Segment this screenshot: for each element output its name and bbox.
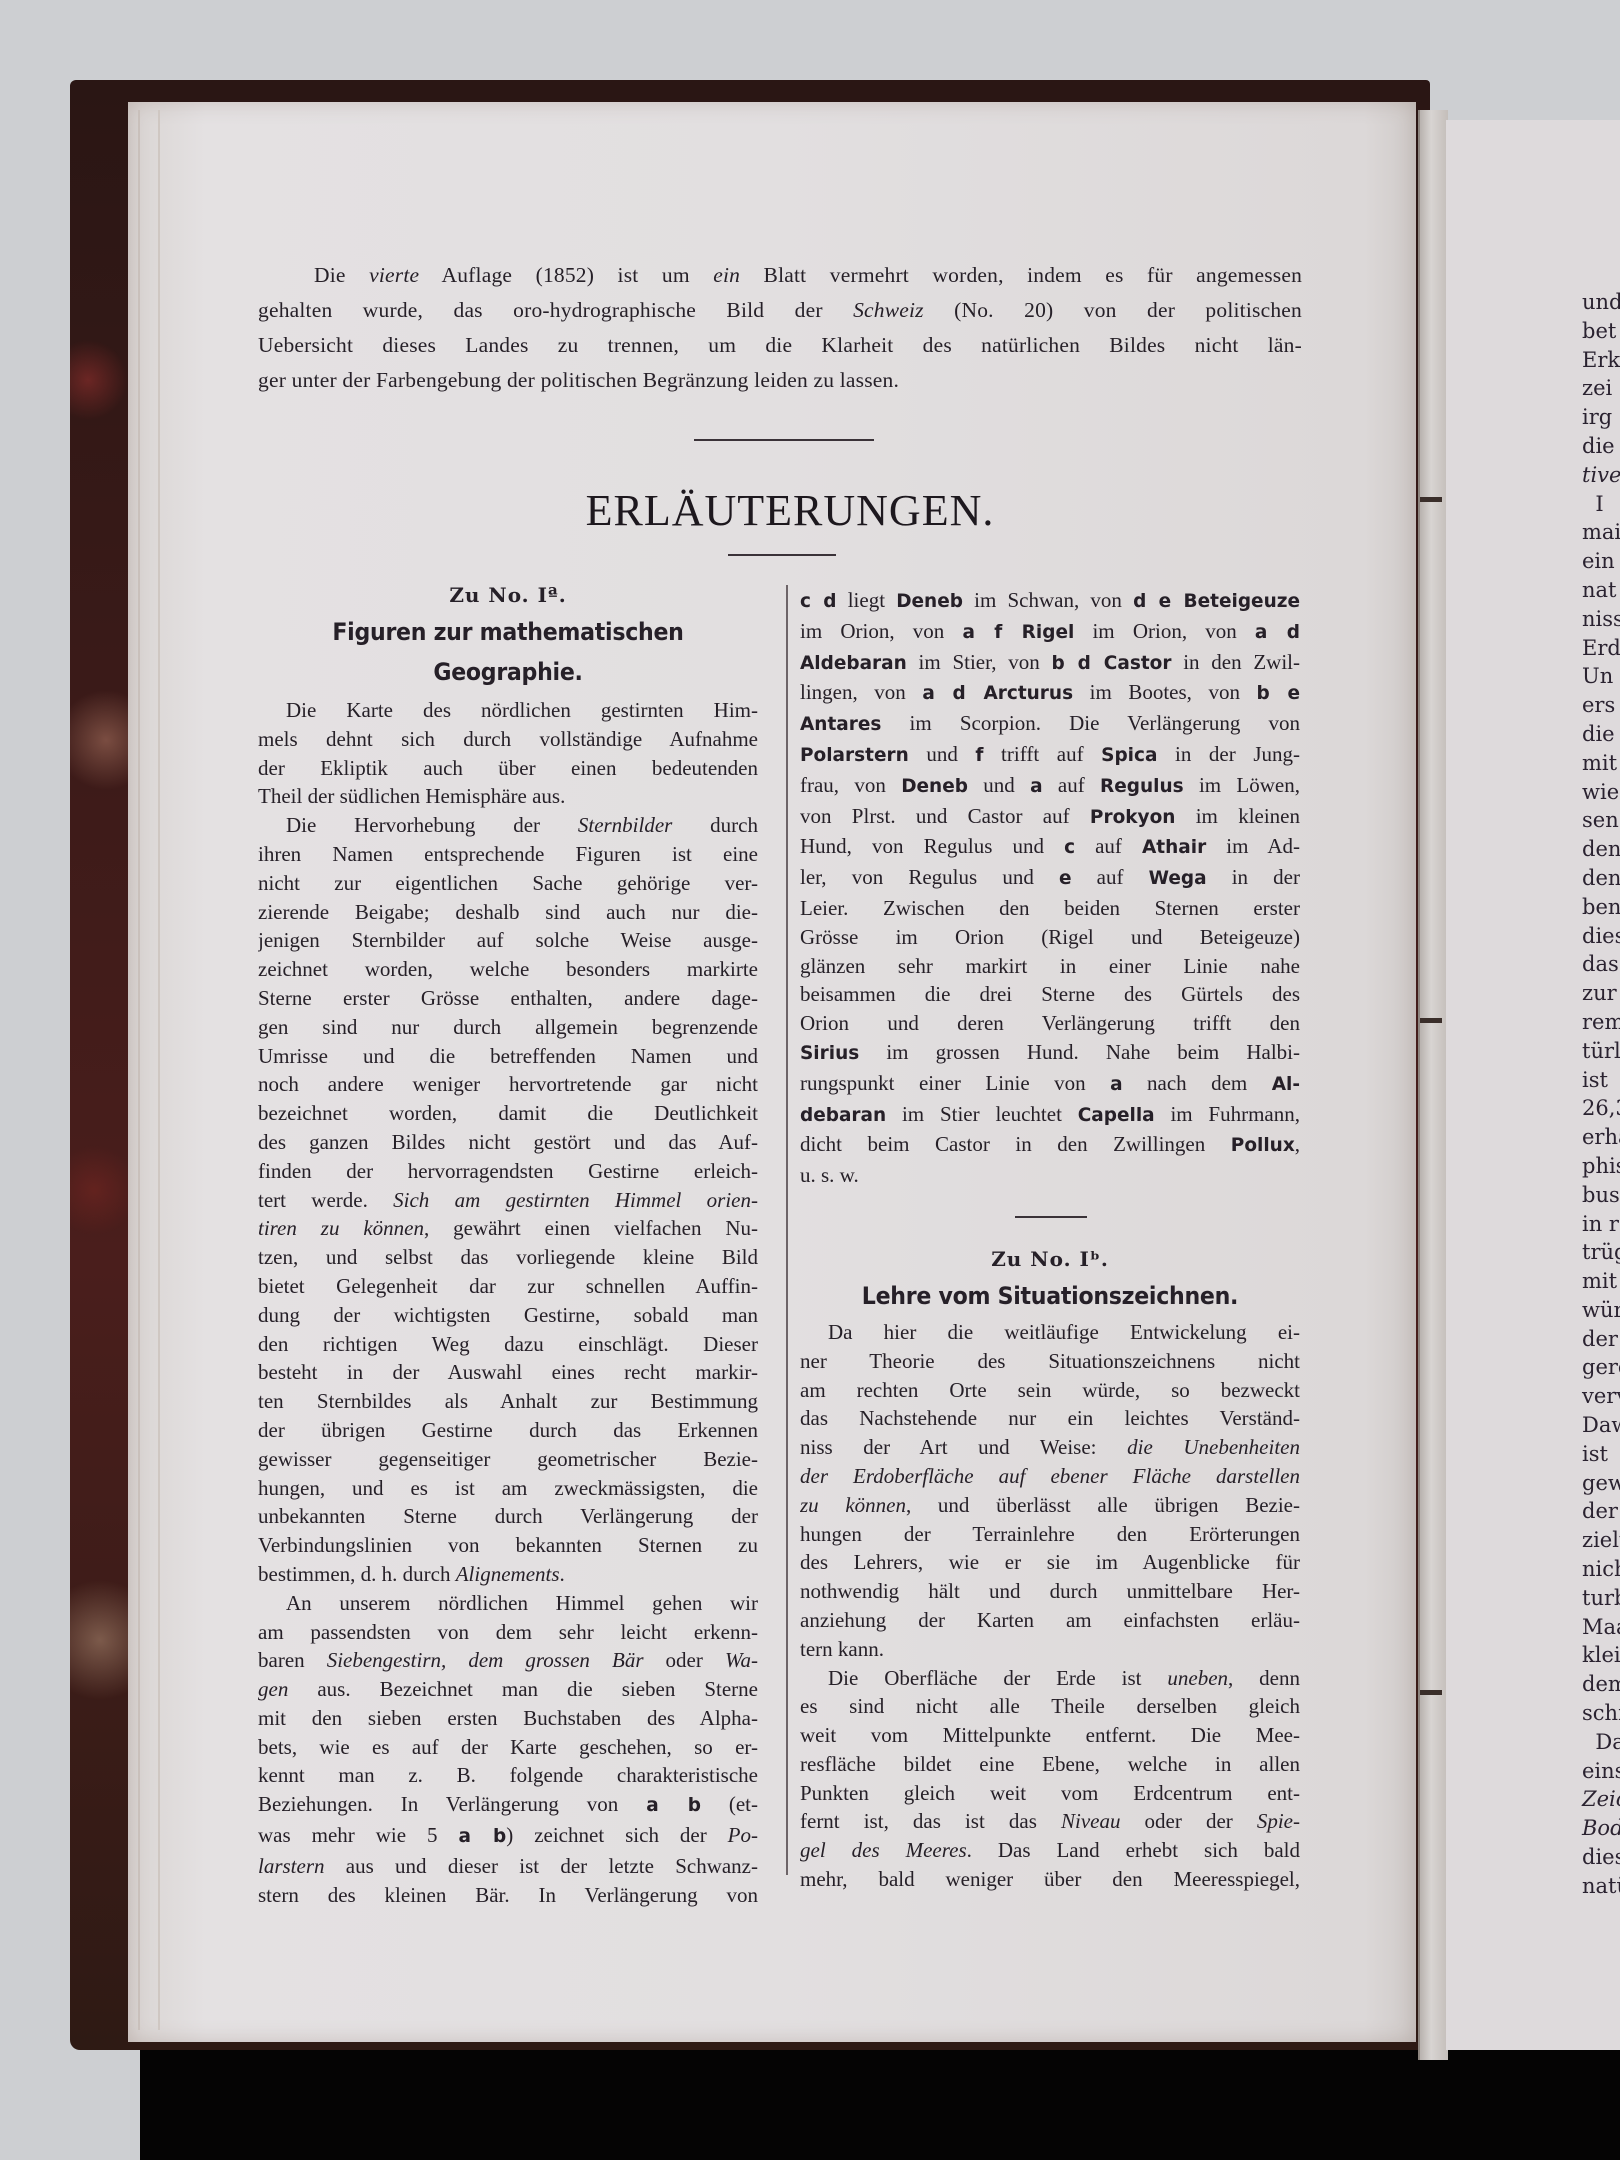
text-line: dicht beim Castor in den Zwillingen Poll… <box>800 1130 1300 1161</box>
text-line: zielt <box>1582 1526 1620 1555</box>
binding-thread <box>1420 1018 1442 1023</box>
text-line: wie <box>1582 778 1620 807</box>
text-line: zu können, und überlässt alle übrigen Be… <box>800 1491 1300 1520</box>
text-line: bus <box>1582 1181 1620 1210</box>
text-line: Punkten gleich weit vom Erdcentrum ent- <box>800 1779 1300 1808</box>
text-line: Un <box>1582 662 1620 691</box>
text-line: gel des Meeres. Das Land erhebt sich bal… <box>800 1836 1300 1865</box>
text-line: besteht in der Auswahl eines recht marki… <box>258 1358 758 1387</box>
binding-thread <box>1420 1690 1442 1695</box>
text-line: Uebersicht dieses Landes zu trennen, um … <box>258 328 1302 363</box>
text-line: ger unter der Farbengebung der politisch… <box>258 363 1302 398</box>
text-line: sen <box>1582 806 1620 835</box>
text-line: nich <box>1582 1555 1620 1584</box>
text-line: I <box>1582 490 1620 519</box>
text-line: türl <box>1582 1037 1620 1066</box>
text-line: phis <box>1582 1152 1620 1181</box>
text-line: gen sind nur durch allgemein begrenzende <box>258 1013 758 1042</box>
book-gutter <box>1418 110 1448 2060</box>
text-line: bezeichnet worden, damit die Deutlichkei… <box>258 1099 758 1128</box>
page-edge <box>138 110 160 2030</box>
text-line: der Ekliptik auch über einen bedeutenden <box>258 754 758 783</box>
text-line: finden der hervorragendsten Gestirne erl… <box>258 1157 758 1186</box>
text-line: Grösse im Orion (Rigel und Beteigeuze) <box>800 923 1300 952</box>
text-line: Da hier die weitläufige Entwickelung ei- <box>800 1318 1300 1347</box>
text-line: weit vom Mittelpunkte entfernt. Die Mee- <box>800 1721 1300 1750</box>
text-line: 26,3 <box>1582 1094 1620 1123</box>
text-line: und <box>1582 288 1620 317</box>
text-line: tern kann. <box>800 1635 1300 1664</box>
text-line: Aldebaran im Stier, von b d Castor in de… <box>800 648 1300 679</box>
text-line: ler, von Regulus und e auf Wega in der <box>800 863 1300 894</box>
text-line: in r <box>1582 1210 1620 1239</box>
text-line: turb <box>1582 1584 1620 1613</box>
text-line: wür <box>1582 1296 1620 1325</box>
text-line: lingen, von a d Arcturus im Bootes, von … <box>800 678 1300 709</box>
text-line: ist <box>1582 1440 1620 1469</box>
text-line: mit den sieben ersten Buchstaben des Alp… <box>258 1704 758 1733</box>
text-line: rem <box>1582 1008 1620 1037</box>
column-left: Zu No. Iª. Figuren zur mathematischen Ge… <box>258 578 758 1909</box>
text-line: die <box>1582 720 1620 749</box>
text-line: am rechten Orte sein würde, so bezweckt <box>800 1376 1300 1405</box>
text-line: diese <box>1582 1843 1620 1872</box>
text-line: der <box>1582 1497 1620 1526</box>
text-line: Sterne erster Grösse enthalten, andere d… <box>258 984 758 1013</box>
text-line: Verbindungslinien von bekannten Sternen … <box>258 1531 758 1560</box>
text-line: das Nachstehende nur ein leichtes Verstä… <box>800 1404 1300 1433</box>
text-line: ner Theorie des Situationszeichnens nich… <box>800 1347 1300 1376</box>
text-line: frau, von Deneb und a auf Regulus im Löw… <box>800 771 1300 802</box>
text-line: gewisser gegenseitiger geometrischer Bez… <box>258 1445 758 1474</box>
text-line: trüg <box>1582 1238 1620 1267</box>
text-line: hungen, und es ist am zweckmässigsten, d… <box>258 1474 758 1503</box>
text-line: Die Karte des nördlichen gestirnten Him- <box>258 696 758 725</box>
text-line: Sirius im grossen Hund. Nahe beim Halbi- <box>800 1038 1300 1069</box>
text-line: gen aus. Bezeichnet man die sieben Stern… <box>258 1675 758 1704</box>
text-line: hungen der Terrainlehre den Erörterungen <box>800 1520 1300 1549</box>
right-page: undbetErkzeiirgdietive ImaieinnatnissErd… <box>1446 120 1620 2050</box>
text-line: die <box>1582 432 1620 461</box>
text-line: kennt man z. B. folgende charakteristisc… <box>258 1761 758 1790</box>
text-line: dem <box>1582 1670 1620 1699</box>
text-line: tiren zu können, gewährt einen vielfache… <box>258 1214 758 1243</box>
text-line: niss <box>1582 605 1620 634</box>
text-line: im Orion, von a f Rigel im Orion, von a … <box>800 617 1300 648</box>
text-line: Bode <box>1582 1814 1620 1843</box>
section-body-continued: c d liegt Deneb im Schwan, von d e Betei… <box>800 586 1300 1190</box>
text-line: ist <box>1582 1066 1620 1095</box>
text-line: am passendsten von dem sehr leicht erken… <box>258 1618 758 1647</box>
text-line: glänzen sehr markirt in einer Linie nahe <box>800 952 1300 981</box>
text-line: Zeich <box>1582 1785 1620 1814</box>
text-line: Erd <box>1582 634 1620 663</box>
text-line: es sind nicht alle Theile derselben glei… <box>800 1692 1300 1721</box>
text-line: Die Oberfläche der Erde ist uneben, denn <box>800 1664 1300 1693</box>
text-line: nicht zur eigentlichen Sache gehörige ve… <box>258 869 758 898</box>
text-line: einsa <box>1582 1757 1620 1786</box>
text-line: tert werde. Sich am gestirnten Himmel or… <box>258 1186 758 1215</box>
divider-rule <box>728 554 836 556</box>
text-line: Die vierte Auflage (1852) ist um ein Bla… <box>258 258 1302 293</box>
section-heading: Lehre vom Situationszeichnen. <box>820 1276 1280 1316</box>
text-line: c d liegt Deneb im Schwan, von d e Betei… <box>800 586 1300 617</box>
text-line: zei <box>1582 374 1620 403</box>
text-line: dies <box>1582 922 1620 951</box>
text-line: den <box>1582 864 1620 893</box>
text-line: noch andere weniger hervortretende gar n… <box>258 1070 758 1099</box>
text-line: stern des kleinen Bär. In Verlängerung v… <box>258 1881 758 1910</box>
text-line: Erk <box>1582 346 1620 375</box>
text-line: ers <box>1582 691 1620 720</box>
text-line: nat <box>1582 576 1620 605</box>
text-line: mit <box>1582 1267 1620 1296</box>
text-line: was mehr wie 5 a b) zeichnet sich der Po… <box>258 1821 758 1852</box>
text-line: jenigen Sternbilder auf solche Weise aus… <box>258 926 758 955</box>
text-line: larstern aus und dieser ist der letzte S… <box>258 1852 758 1881</box>
marbled-binding <box>70 200 130 2000</box>
text-line: u. s. w. <box>800 1161 1300 1190</box>
text-line: Polarstern und f trifft auf Spica in der… <box>800 740 1300 771</box>
text-line: resfläche bildet eine Ebene, welche in a… <box>800 1750 1300 1779</box>
text-line: bietet Gelegenheit dar zur schnellen Auf… <box>258 1272 758 1301</box>
section-number: Zu No. Iª. <box>258 578 758 612</box>
text-line: bestimmen, d. h. durch Alignements. <box>258 1560 758 1589</box>
text-line: Orion und deren Verlängerung trifft den <box>800 1009 1300 1038</box>
text-line: Hund, von Regulus und c auf Athair im Ad… <box>800 832 1300 863</box>
text-line: zur <box>1582 979 1620 1008</box>
text-line: bet <box>1582 317 1620 346</box>
text-line: der übrigen Gestirne durch das Erkennen <box>258 1416 758 1445</box>
text-line: des Lehrers, wie er sie im Augenblicke f… <box>800 1548 1300 1577</box>
text-line: mels dehnt sich durch vollständige Aufna… <box>258 725 758 754</box>
text-line: fernt ist, das ist das Niveau oder der S… <box>800 1807 1300 1836</box>
text-line: der Erdoberfläche auf ebener Fläche dars… <box>800 1462 1300 1491</box>
text-line: nothwendig hält und durch unmittelbare H… <box>800 1577 1300 1606</box>
page-title: ERLÄUTERUNGEN. <box>540 485 1040 536</box>
text-line: unbekannten Sterne durch Verlängerung de… <box>258 1502 758 1531</box>
text-line: Die Hervorhebung der Sternbilder durch <box>258 811 758 840</box>
text-line: tzen, und selbst das vorliegende kleine … <box>258 1243 758 1272</box>
text-line: gehalten wurde, das oro-hydrographische … <box>258 293 1302 328</box>
text-line: zierende Beigabe; deshalb sind auch nur … <box>258 898 758 927</box>
text-line: schie <box>1582 1699 1620 1728</box>
binding-thread <box>1420 497 1442 502</box>
text-line: klein <box>1582 1641 1620 1670</box>
text-line: bets, wie es auf der Karte geschehen, so… <box>258 1733 758 1762</box>
text-line: Maa <box>1582 1613 1620 1642</box>
text-line: Beziehungen. In Verlängerung von a b (et… <box>258 1790 758 1821</box>
text-line: Leier. Zwischen den beiden Sternen erste… <box>800 894 1300 923</box>
text-line: niss der Art und Weise: die Unebenheiten <box>800 1433 1300 1462</box>
text-line: Antares im Scorpion. Die Verlängerung vo… <box>800 709 1300 740</box>
section-body: Die Karte des nördlichen gestirnten Him-… <box>258 696 758 1909</box>
text-line: der <box>1582 1325 1620 1354</box>
text-line: den richtigen Weg dazu einschlägt. Diese… <box>258 1330 758 1359</box>
section-heading: Figuren zur mathematischen Geographie. <box>278 612 738 692</box>
text-line: mit <box>1582 749 1620 778</box>
text-line: irg <box>1582 403 1620 432</box>
right-page-text-fragment: undbetErkzeiirgdietive ImaieinnatnissErd… <box>1582 288 1620 1901</box>
column-right: c d liegt Deneb im Schwan, von d e Betei… <box>800 586 1300 1894</box>
divider-rule <box>694 439 874 441</box>
text-line: erha <box>1582 1123 1620 1152</box>
text-line: ein <box>1582 547 1620 576</box>
text-line: anziehung der Karten am einfachsten erlä… <box>800 1606 1300 1635</box>
text-line: das <box>1582 950 1620 979</box>
text-line: ihren Namen entsprechende Figuren ist ei… <box>258 840 758 869</box>
text-line: gere <box>1582 1353 1620 1382</box>
text-line: beisammen die drei Sterne des Gürtels de… <box>800 980 1300 1009</box>
text-line: Theil der südlichen Hemisphäre aus. <box>258 782 758 811</box>
text-line: mehr, bald weniger über den Meeresspiege… <box>800 1865 1300 1894</box>
text-line: von Plrst. und Castor auf Prokyon im kle… <box>800 802 1300 833</box>
text-line: tive <box>1582 461 1620 490</box>
table-shadow <box>140 2050 1620 2160</box>
text-line: Da <box>1582 1728 1620 1757</box>
text-line: rungspunkt einer Linie von a nach dem Al… <box>800 1069 1300 1100</box>
text-line: dung der wichtigsten Gestirne, sobald ma… <box>258 1301 758 1330</box>
text-line: natür <box>1582 1872 1620 1901</box>
text-line: zeichnet worden, welche besonders markir… <box>258 955 758 984</box>
text-line: ten Sternbildes als Anhalt zur Bestimmun… <box>258 1387 758 1416</box>
divider-rule <box>1015 1216 1087 1218</box>
text-line: den <box>1582 835 1620 864</box>
text-line: baren Siebengestirn, dem grossen Bär ode… <box>258 1646 758 1675</box>
intro-paragraph: Die vierte Auflage (1852) ist um ein Bla… <box>258 258 1302 398</box>
text-line: verv <box>1582 1382 1620 1411</box>
text-line: mai <box>1582 518 1620 547</box>
text-line: debaran im Stier leuchtet Capella im Fuh… <box>800 1100 1300 1131</box>
section-number: Zu No. Iᵇ. <box>800 1242 1300 1276</box>
column-divider <box>786 585 788 1875</box>
text-line: An unserem nördlichen Himmel gehen wir <box>258 1589 758 1618</box>
text-line: des ganzen Bildes nicht gestört und das … <box>258 1128 758 1157</box>
text-line: ben <box>1582 893 1620 922</box>
text-line: gew <box>1582 1469 1620 1498</box>
section-body: Da hier die weitläufige Entwickelung ei-… <box>800 1318 1300 1894</box>
text-line: Umrisse und die betreffenden Namen und <box>258 1042 758 1071</box>
text-line: Daw <box>1582 1411 1620 1440</box>
